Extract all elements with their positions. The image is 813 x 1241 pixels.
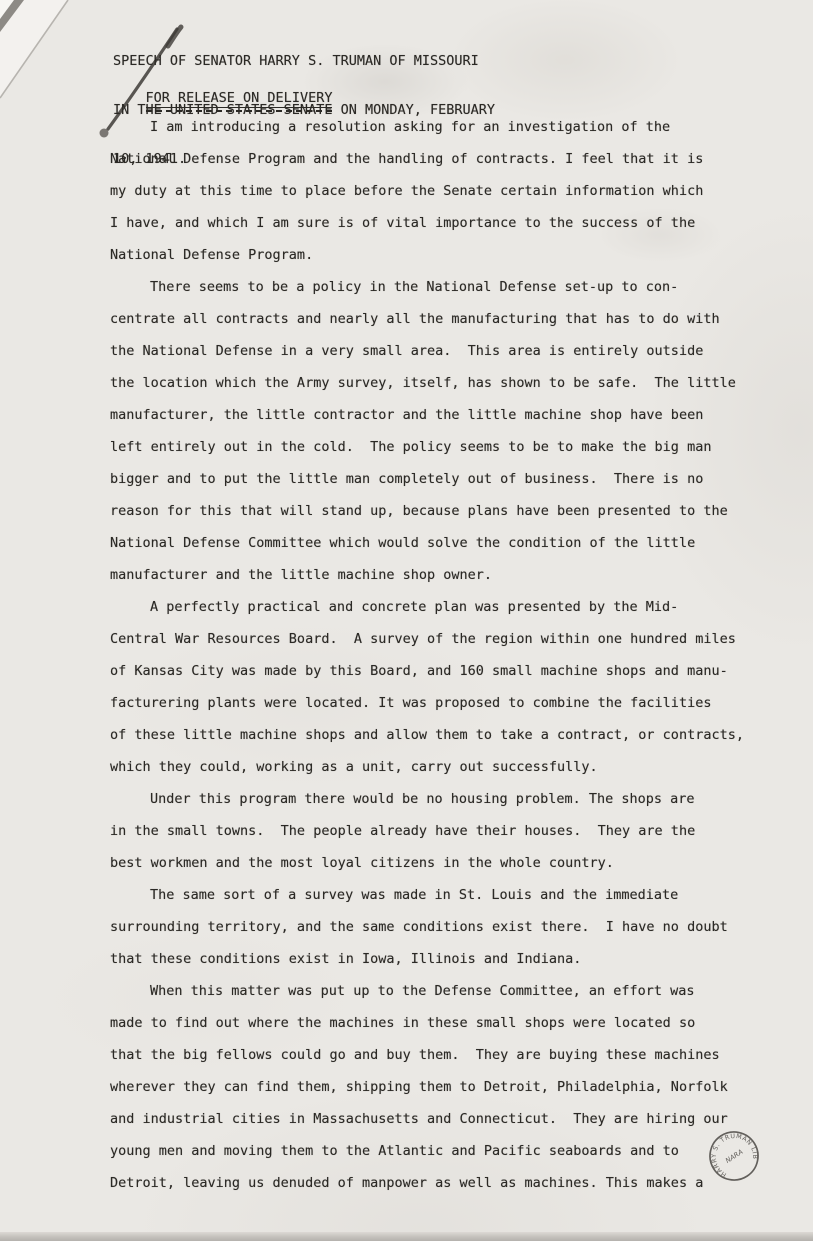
- bottom-scan-edge: [0, 1232, 813, 1241]
- text-line: young men and moving them to the Atlanti…: [110, 1135, 744, 1167]
- text-line: and industrial cities in Massachusetts a…: [110, 1103, 744, 1135]
- text-line: Under this program there would be no hou…: [110, 783, 744, 815]
- scanned-document-page: SPEECH OF SENATOR HARRY S. TRUMAN OF MIS…: [0, 0, 813, 1241]
- text-line: of Kansas City was made by this Board, a…: [110, 655, 744, 687]
- text-line: National Defense Program.: [110, 239, 744, 271]
- text-line: which they could, working as a unit, car…: [110, 751, 744, 783]
- stamp-center-text: NARA: [724, 1148, 745, 1165]
- text-line: left entirely out in the cold. The polic…: [110, 431, 744, 463]
- header-line: SPEECH OF SENATOR HARRY S. TRUMAN OF MIS…: [113, 53, 495, 70]
- text-line: I am introducing a resolution asking for…: [110, 111, 744, 143]
- text-line: surrounding territory, and the same cond…: [110, 911, 744, 943]
- text-line: that the big fellows could go and buy th…: [110, 1039, 744, 1071]
- archive-stamp: HARRY S. TRUMAN LIBRARY NARA: [706, 1128, 762, 1184]
- text-line: bigger and to put the little man complet…: [110, 463, 744, 495]
- text-line: reason for this that will stand up, beca…: [110, 495, 744, 527]
- text-line: wherever they can find them, shipping th…: [110, 1071, 744, 1103]
- text-line: best workmen and the most loyal citizens…: [110, 847, 744, 879]
- text-line: of these little machine shops and allow …: [110, 719, 744, 751]
- text-line: made to find out where the machines in t…: [110, 1007, 744, 1039]
- text-line: the location which the Army survey, itse…: [110, 367, 744, 399]
- text-line: the National Defense in a very small are…: [110, 335, 744, 367]
- text-line: I have, and which I am sure is of vital …: [110, 207, 744, 239]
- text-line: A perfectly practical and concrete plan …: [110, 591, 744, 623]
- text-line: National Defense Committee which would s…: [110, 527, 744, 559]
- text-line: manufacturer, the little contractor and …: [110, 399, 744, 431]
- text-line: Central War Resources Board. A survey of…: [110, 623, 744, 655]
- release-notice-text: FOR RELEASE ON DELIVERY: [146, 91, 333, 108]
- text-line: my duty at this time to place before the…: [110, 175, 744, 207]
- text-line: Detroit, leaving us denuded of manpower …: [110, 1167, 744, 1199]
- text-line: When this matter was put up to the Defen…: [110, 975, 744, 1007]
- text-line: that these conditions exist in Iowa, Ill…: [110, 943, 744, 975]
- staple-mark-end-blob: [100, 129, 109, 138]
- text-line: The same sort of a survey was made in St…: [110, 879, 744, 911]
- text-line: National Defense Program and the handlin…: [110, 143, 744, 175]
- text-line: There seems to be a policy in the Nation…: [110, 271, 744, 303]
- release-notice-underline: FOR RELEASE ON DELIVERY: [146, 90, 333, 112]
- text-line: in the small towns. The people already h…: [110, 815, 744, 847]
- text-line: manufacturer and the little machine shop…: [110, 559, 744, 591]
- document-body: I am introducing a resolution asking for…: [110, 111, 744, 1199]
- text-line: centrate all contracts and nearly all th…: [110, 303, 744, 335]
- text-line: facturering plants were located. It was …: [110, 687, 744, 719]
